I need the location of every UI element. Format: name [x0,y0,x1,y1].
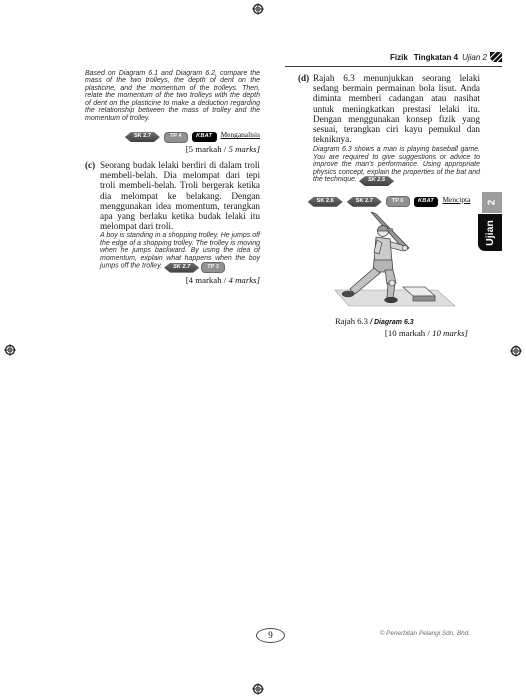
header-exam: Ujian 2 [462,53,487,62]
question-c: (c) Seorang budak lelaki berdiri di dala… [85,160,260,285]
marks-english: 4 marks] [228,275,260,285]
skill-label: Mencipta [442,195,470,204]
header-subject: Fizik [390,53,408,62]
skill-label: Menganalisis [221,130,260,139]
marks-english: 5 marks] [228,144,260,154]
question-d: (d) Rajah 6.3 menunjukkan seorang lelaki… [298,73,480,186]
side-tab-number-box: 2 [482,192,502,213]
question-d-malay-text: Rajah 6.3 menunjukkan seorang lelaki sed… [313,73,480,144]
sk-badge: SK 2.7 [125,132,160,142]
sk-badge: SK 2.5 [359,176,394,186]
question-c-malay-text: Seorang budak lelaki berdiri di dalam tr… [100,160,260,231]
baseball-player-illustration [333,210,459,310]
marks-malay: [10 markah / [385,328,430,338]
figure-caption-malay: Rajah 6.3 [335,316,368,326]
page-header: FizikTingkatan 4Ujian 2 [298,52,502,64]
header-level: Tingkatan 4 [414,53,458,62]
kbat-badge: KBAT [414,197,439,206]
figure-6-3 [333,210,480,315]
tp-badge: TP 4 [164,132,188,143]
question-b-marks: [5 markah / 5 marks] [85,144,260,154]
publisher-logo-icon [490,52,502,64]
header-divider [285,66,502,67]
textbook-page: { "header": { "subject": "Fizik", "level… [0,0,526,700]
question-b-badge-row: SK 2.7 TP 4 KBAT Menganalisis [85,124,260,142]
kbat-badge: KBAT [192,132,217,141]
tp-badge: TP 3 [201,262,225,273]
marks-malay: [4 markah / [186,275,227,285]
question-c-label: (c) [85,160,100,285]
marks-english: 10 marks] [432,328,468,338]
copyright-notice: © Penerbitan Pelangi Sdn. Bhd. [358,630,470,637]
question-d-english-span: Diagram 6.3 shows a man is playing baseb… [313,146,480,183]
marks-malay: [5 markah / [186,144,227,154]
side-tab-number: 2 [487,200,498,206]
right-column: (d) Rajah 6.3 menunjukkan seorang lelaki… [298,73,480,338]
ujian-2-side-tab: 2 Ujian [478,192,502,251]
sk-badge: SK 2.7 [164,263,199,273]
left-column: Based on Diagram 6.1 and Diagram 6.2, co… [85,70,260,285]
registration-mark-bottom [252,682,264,694]
question-c-english-text: A boy is standing in a shopping trolley.… [100,232,260,273]
page-number: 9 [256,628,285,643]
side-tab-label-box: Ujian [478,214,502,251]
registration-mark-top [252,2,264,14]
side-tab-label: Ujian [484,220,496,246]
question-d-label: (d) [298,73,313,186]
registration-mark-right [510,344,522,356]
question-c-marks: [4 markah / 4 marks] [100,275,260,285]
figure-caption: Rajah 6.3 / Diagram 6.3 [335,316,480,326]
registration-mark-left [4,343,16,355]
question-d-english-text: Diagram 6.3 shows a man is playing baseb… [313,146,480,186]
sk-badge: SK 2.7 [347,197,382,207]
question-d-badge-row: SK 2.6 SK 2.7 TP 6 KBAT Mencipta [298,189,480,207]
question-d-marks: [10 markah / 10 marks] [298,328,480,338]
figure-caption-english: / Diagram 6.3 [370,319,414,326]
sk-badge: SK 2.6 [308,197,343,207]
question-b-english-text: Based on Diagram 6.1 and Diagram 6.2, co… [85,70,260,122]
tp-badge: TP 6 [386,196,410,207]
